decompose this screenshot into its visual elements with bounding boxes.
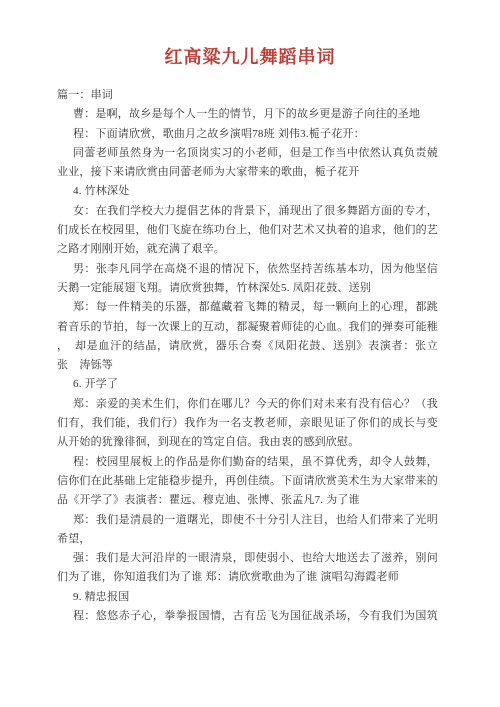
- numbered-heading: 4. 竹林深处: [57, 182, 438, 201]
- document-line: 张 涛铄等: [57, 356, 438, 375]
- numbered-heading: 9. 精忠报国: [57, 588, 438, 607]
- document-page: 红高粱九儿舞蹈串词 篇一：串词 曹：是啊，故乡是每个人一生的情节，月下的故乡更是…: [0, 0, 500, 707]
- document-line: 同蕾老师虽然身为一名顶岗实习的小老师，但是工作当中依然认真负责兢兢: [57, 144, 438, 163]
- document-line: 从开始的犹豫徘徊，到现在的笃定自信。我由衷的感到欣慰。: [57, 433, 438, 452]
- document-line: 程：悠悠赤子心，拳拳报国情，古有岳飞为国征战杀场，今有我们为国筑梦: [57, 607, 438, 626]
- document-line: 曹：是啊，故乡是每个人一生的情节，月下的故乡更是游子向往的圣地: [57, 105, 438, 124]
- document-line: 天鹅一定能展翅飞翔。请欣赏独舞，竹林深处5. 凤阳花鼓、送别: [57, 279, 438, 298]
- document-line: 郑：我们是清晨的一道曙光，即使不十分引人注目，也给人们带来了光明和: [57, 511, 438, 530]
- document-line: 品《开学了》表演者：瞿远、穆克迪、张博、张孟凡7. 为了谁: [57, 491, 438, 510]
- document-line: 程：校园里展板上的作品是你们勤奋的结果，虽不算优秀，却令人鼓舞，相: [57, 453, 438, 472]
- document-line: 信你们在此基础上定能稳步提升，再创佳绩。下面请欣赏美术生为大家带来的小: [57, 472, 438, 491]
- document-line: 之路才刚刚开始，就充满了艰辛。: [57, 240, 438, 259]
- document-line: 程：下面请欣赏，歌曲月之故乡演唱78班 刘伟3.栀子花开：: [57, 125, 438, 144]
- section-heading: 篇一：串词: [57, 86, 438, 105]
- document-line: 郑：亲爱的美术生们，你们在哪儿？今天的你们对未来有没有信心？（我: [57, 395, 438, 414]
- document-line: 男：张李凡同学在高烧不退的情况下，依然坚持苦练基本功，因为他坚信白: [57, 260, 438, 279]
- numbered-heading: 6. 开学了: [57, 375, 438, 394]
- document-line: ， 却是血汗的结晶，请欣赏，器乐合奏《凤阳花鼓、送别》表演者：张立学，: [57, 337, 438, 356]
- document-line: 郑：每一件精美的乐器，都蕴藏着飞舞的精灵，每一颗向上的心理，都跳动: [57, 298, 438, 317]
- document-line: 强：我们是大河沿岸的一眼清泉，即使弱小、也给大地送去了滋养，别问我: [57, 549, 438, 568]
- document-line: 业业，接下来请欣赏由同蕾老师为大家带来的歌曲，栀子花开: [57, 163, 438, 182]
- document-line: 希望，: [57, 530, 438, 549]
- document-line: 女：在我们学校大力提倡艺体的背景下，涌现出了很多舞蹈方面的专才，他: [57, 202, 438, 221]
- document-body: 篇一：串词 曹：是啊，故乡是每个人一生的情节，月下的故乡更是游子向往的圣地 程：…: [0, 86, 500, 626]
- document-line: 们成长在校园里，他们飞旋在练功台上，他们对艺术又执着的追求，他们的艺术: [57, 221, 438, 240]
- document-line: 们为了谁，你知道我们为了谁 郑：请欣赏歌曲为了谁 演唱勾海霞老师: [57, 568, 438, 587]
- document-line: 们有，我们能，我们行）我作为一名支教老师，亲眼见证了你们的成长与变化，: [57, 414, 438, 433]
- document-line: 着音乐的节拍，每一次课上的互动，都凝聚着师徒的心血。我们的弹奏可能稚嫩: [57, 318, 438, 337]
- document-title: 红高粱九儿舞蹈串词: [0, 46, 500, 68]
